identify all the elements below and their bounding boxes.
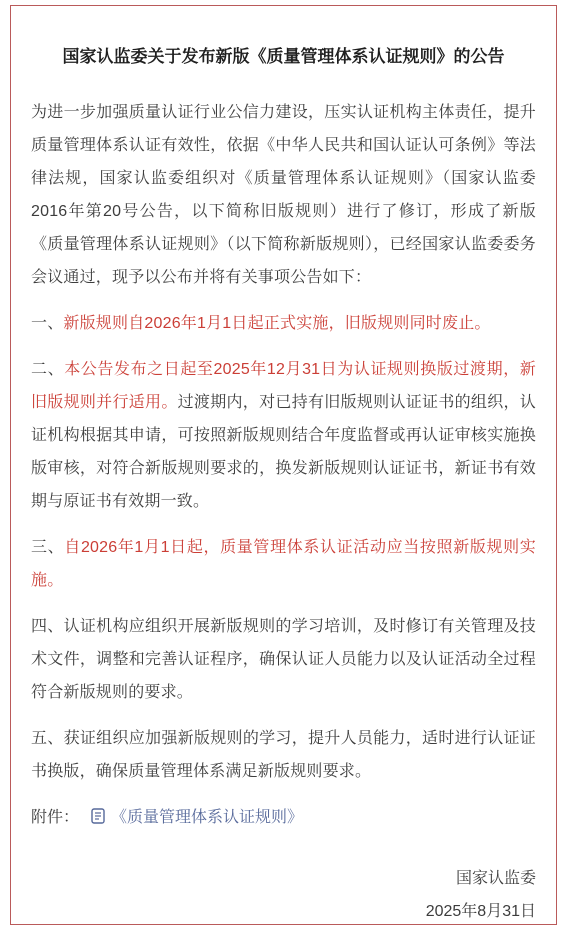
intro-text: 为进一步加强质量认证行业公信力建设，压实认证机构主体责任，提升质量管理体系认证有…: [31, 104, 536, 286]
attachment-link[interactable]: 《质量管理体系认证规则》: [111, 809, 303, 826]
item-paragraph-4: 四、认证机构应组织开展新版规则的学习培训，及时修订有关管理及技术文件，调整和完善…: [31, 610, 536, 709]
item-text: 获证组织应加强新版规则的学习，提升人员能力，适时进行认证证书换版，确保质量管理体…: [31, 730, 536, 780]
publish-date: 2025年8月31日: [31, 895, 536, 928]
item-paragraph-2: 二、本公告发布之日起至2025年12月31日为认证规则换版过渡期，新旧版规则并行…: [31, 353, 536, 518]
announcement-document: 国家认监委关于发布新版《质量管理体系认证规则》的公告 为进一步加强质量认证行业公…: [10, 5, 557, 925]
item-number: 一、: [31, 315, 63, 332]
item-number: 五、: [31, 730, 64, 747]
attachment-label: 附件：: [31, 809, 79, 826]
item-paragraph-5: 五、获证组织应加强新版规则的学习，提升人员能力，适时进行认证证书换版，确保质量管…: [31, 722, 536, 788]
signature-block: 国家认监委 2025年8月31日: [31, 862, 536, 928]
item-number: 三、: [31, 539, 64, 556]
item-highlight: 新版规则自2026年1月1日起正式实施，旧版规则同时废止。: [63, 315, 490, 332]
intro-paragraph: 为进一步加强质量认证行业公信力建设，压实认证机构主体责任，提升质量管理体系认证有…: [31, 96, 536, 294]
item-number: 二、: [31, 361, 64, 378]
item-text: 认证机构应组织开展新版规则的学习培训，及时修订有关管理及技术文件，调整和完善认证…: [31, 618, 536, 701]
document-icon: [91, 803, 105, 836]
item-number: 四、: [31, 618, 64, 635]
attachment-row: 附件： 《质量管理体系认证规则》: [31, 801, 536, 836]
item-highlight: 自2026年1月1日起，质量管理体系认证活动应当按照新版规则实施。: [31, 539, 536, 589]
item-paragraph-1: 一、新版规则自2026年1月1日起正式实施，旧版规则同时废止。: [31, 307, 536, 340]
page-title: 国家认监委关于发布新版《质量管理体系认证规则》的公告: [31, 44, 536, 70]
item-paragraph-3: 三、自2026年1月1日起，质量管理体系认证活动应当按照新版规则实施。: [31, 531, 536, 597]
issuer: 国家认监委: [31, 862, 536, 895]
